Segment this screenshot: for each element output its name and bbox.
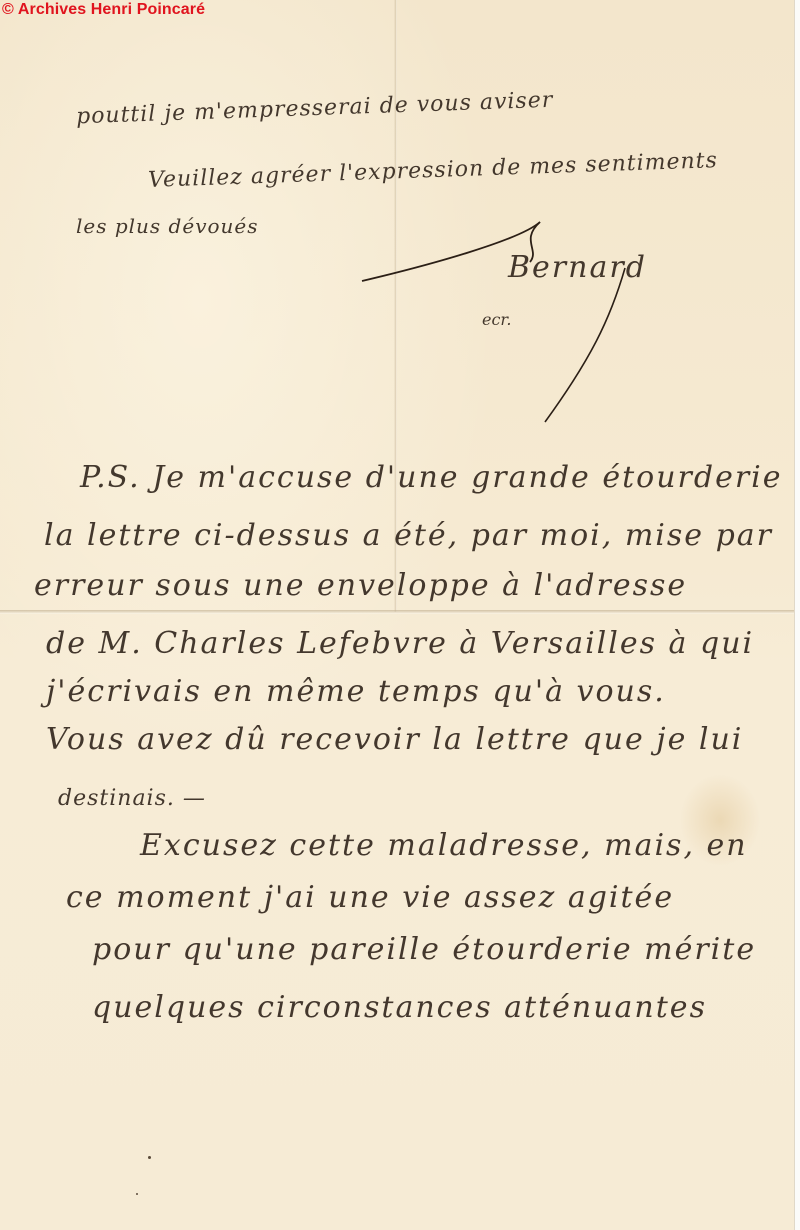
signature: Bernard bbox=[508, 250, 647, 285]
ps-line-1: P.S. Je m'accuse d'une grande étourderie bbox=[80, 460, 783, 495]
ps-line-3: erreur sous une enveloppe à l'adresse bbox=[34, 568, 687, 603]
ink-speck bbox=[148, 1156, 151, 1159]
signature-note: ecr. bbox=[482, 310, 511, 329]
ps-line-4: de M. Charles Lefebvre à Versailles à qu… bbox=[46, 626, 754, 661]
ps-line-9: ce moment j'ai une vie assez agitée bbox=[66, 880, 674, 915]
signature-flourish bbox=[0, 0, 800, 460]
ps-line-6: Vous avez dû recevoir la lettre que je l… bbox=[46, 722, 743, 757]
ps-line-10: pour qu'une pareille étourderie mérite bbox=[92, 932, 756, 967]
ps-line-11: quelques circonstances atténuantes bbox=[92, 990, 707, 1025]
ps-line-7: destinais. — bbox=[58, 786, 206, 811]
ps-line-8: Excusez cette maladresse, mais, en bbox=[140, 828, 748, 863]
horizontal-fold-line bbox=[0, 610, 794, 614]
ps-line-5: j'écrivais en même temps qu'à vous. bbox=[46, 674, 666, 709]
ink-speck bbox=[136, 1193, 138, 1195]
ps-line-2: la lettre ci-dessus a été, par moi, mise… bbox=[44, 518, 773, 553]
